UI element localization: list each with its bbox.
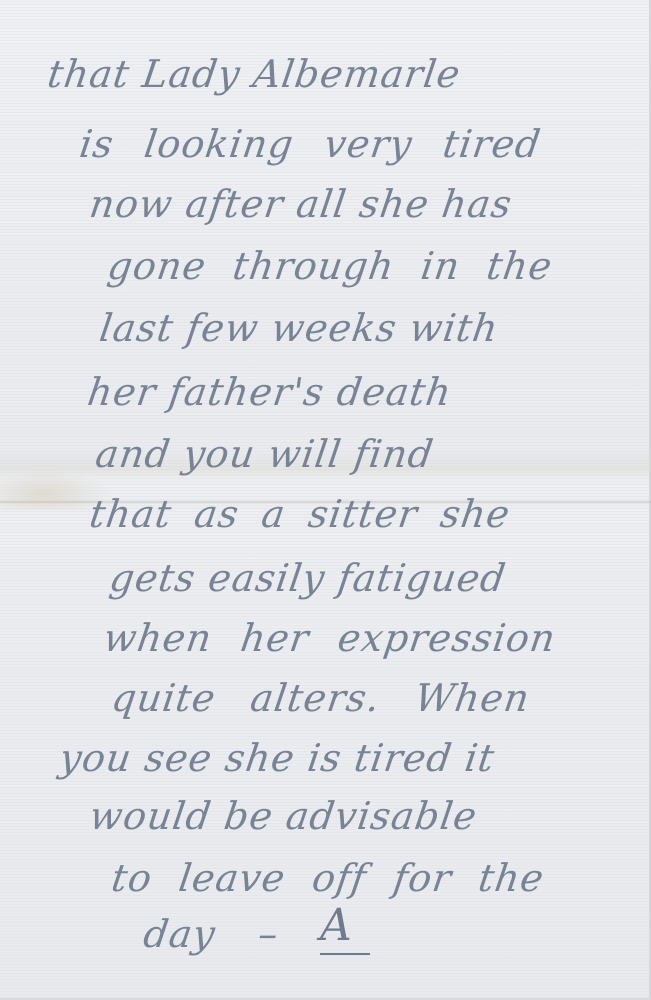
letter-line-4: gone through in the [105, 244, 556, 288]
letter-line-12: you see she is tired it [57, 736, 498, 780]
letter-line-14: to leave off for the [109, 856, 547, 900]
letter-line-8: that as a sitter she [87, 492, 513, 536]
letter-page: that Lady Albemarle is looking very tire… [0, 0, 651, 1000]
letter-line-11: quite alters. When [109, 676, 533, 720]
letter-line-10: when her expression [101, 616, 559, 660]
letter-line-5: last few weeks with [97, 306, 502, 350]
letter-line-2: is looking very tired [77, 122, 544, 166]
letter-line-3: now after all she has [87, 182, 515, 226]
letter-line-7: and you will find [93, 432, 437, 476]
letter-line-6: her father's death [85, 370, 455, 414]
letter-line-9: gets easily fatigued [107, 556, 509, 600]
letter-line-13: would be advisable [87, 794, 480, 838]
letter-line-15: day – [141, 912, 282, 956]
signature-initial: A [320, 900, 370, 955]
letter-line-1: that Lady Albemarle [45, 52, 464, 96]
